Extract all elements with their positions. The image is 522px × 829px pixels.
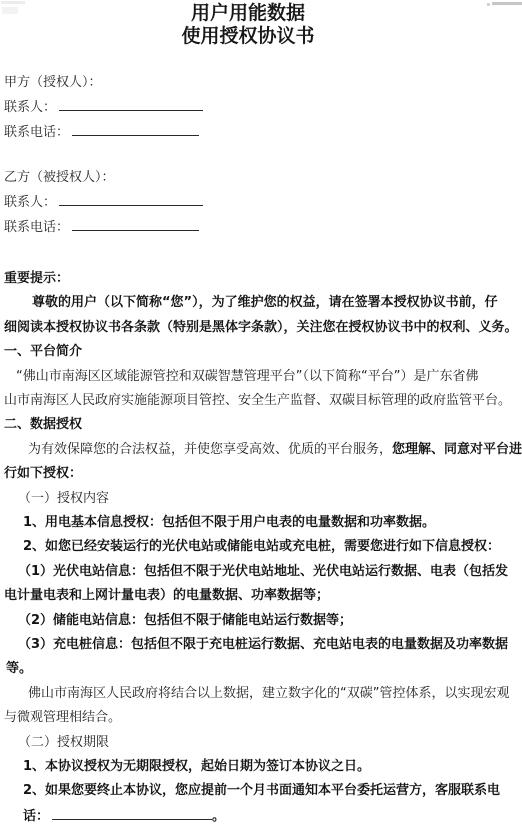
text-run: 一、平台简介 xyxy=(4,344,82,359)
agreement-document-page: 用户用能数据使用授权协议书 甲方（授权人）： 联系人： 联系电话： 乙方（被授权… xyxy=(0,0,522,829)
text-run: 2、如果您要终止本协议，您应提前一个月书面通知本平台委托运营方，客服联系电 xyxy=(23,783,500,798)
text-run: 1、本协议授权为无期限授权，起始日期为签订本协议之日。 xyxy=(23,759,370,774)
subsection-1-heading: （一）授权内容 xyxy=(18,490,109,507)
text-run: 山市南海区人民政府实施能源项目管控、安全生产监督、双碳目标管理的政府监管平台。 xyxy=(4,393,511,408)
government-use-line-1: 佛山市南海区人民政府将结合以上数据，建立数字化的“双碳”管控体系，以实现宏观 xyxy=(28,685,509,702)
party-b-contact-fill-line xyxy=(59,193,203,206)
party-a-contact-label: 联系人： xyxy=(4,100,56,115)
text-run: （一）授权内容 xyxy=(18,491,109,506)
auth-item-1: 1、用电基本信息授权：包括但不限于用户电表的电量数据和功率数据。 xyxy=(23,514,435,531)
auth-item-2-1-line-1: （1）光伏电站信息：包括但不限于光伏电站地址、光伏电站运行数据、电表（包括发 xyxy=(18,563,508,580)
text-run: 为有效保障您的合法权益，并使您享受高效、优质的平台服务， xyxy=(28,442,392,457)
important-note-heading: 重要提示： xyxy=(4,270,69,287)
section-2-heading: 二、数据授权 xyxy=(4,416,82,433)
platform-intro-line-2: 山市南海区人民政府实施能源项目管控、安全生产监督、双碳目标管理的政府监管平台。 xyxy=(4,392,511,409)
authorization-intro-line-2: 行如下授权： xyxy=(4,465,82,482)
party-b-heading: 乙方（被授权人）： xyxy=(4,165,203,190)
text-run: 重要提示： xyxy=(4,271,69,286)
text-run: “佛山市南海区区域能源管控和双碳智慧管理平台”（以下简称“平台”）是广东省佛 xyxy=(16,369,478,384)
text-run: 话： xyxy=(23,809,49,824)
authorization-intro-line-1: 为有效保障您的合法权益，并使您享受高效、优质的平台服务，您理解、同意对平台进 xyxy=(28,441,522,458)
auth-item-2-3-line-1: （3）充电桩信息：包括但不限于充电桩运行数据、充电站电表的电量数据及功率数据 xyxy=(18,636,508,653)
scan-artifact-top-right xyxy=(492,2,522,5)
government-use-line-2: 与微观管理相结合。 xyxy=(4,709,121,726)
party-b-contact-label: 联系人： xyxy=(4,195,56,210)
text-run: 细阅读本授权协议书各条款（特别是黑体字条款），关注您在授权协议书中的权利、义务。 xyxy=(4,320,518,335)
section-1-heading: 一、平台简介 xyxy=(4,343,82,360)
document-title: 用户用能数据使用授权协议书 xyxy=(0,2,496,48)
text-run: （3）充电桩信息：包括但不限于充电桩运行数据、充电站电表的电量数据及功率数据 xyxy=(18,637,508,652)
term-item-1: 1、本协议授权为无期限授权，起始日期为签订本协议之日。 xyxy=(23,758,370,775)
party-a-phone-fill-line xyxy=(72,123,199,136)
text-run: 二、数据授权 xyxy=(4,417,82,432)
party-b-phone-row: 联系电话： xyxy=(4,215,203,240)
text-run: 。 xyxy=(212,809,225,824)
text-run: 2、如您已经安装运行的光伏电站或储能电站或充电桩，需要您进行如下信息授权： xyxy=(23,539,500,554)
text-run: （2）储能电站信息：包括但不限于储能电站运行数据等； xyxy=(18,613,352,628)
text-run: 电计量电表和上网计量电表）的电量数据、功率数据等； xyxy=(4,588,329,603)
text-run: （1）光伏电站信息：包括但不限于光伏电站地址、光伏电站运行数据、电表（包括发 xyxy=(18,564,508,579)
text-run: 行如下授权： xyxy=(4,466,82,481)
party-b-block: 乙方（被授权人）： 联系人： 联系电话： xyxy=(4,165,203,240)
text-run: 佛山市南海区人民政府将结合以上数据，建立数字化的“双碳”管控体系，以实现宏观 xyxy=(28,686,509,701)
term-item-2-line-1: 2、如果您要终止本协议，您应提前一个月书面通知本平台委托运营方，客服联系电 xyxy=(23,782,500,799)
important-note-line-1: 尊敬的用户（以下简称“您”），为了维护您的权益，请在签署本授权协议书前，仔 xyxy=(32,294,498,311)
party-b-phone-label: 联系电话： xyxy=(4,220,69,235)
auth-item-2-2: （2）储能电站信息：包括但不限于储能电站运行数据等； xyxy=(18,612,352,629)
party-a-phone-row: 联系电话： xyxy=(4,120,203,145)
text-run: 您理解、同意对平台进 xyxy=(392,442,522,457)
auth-item-2: 2、如您已经安装运行的光伏电站或储能电站或充电桩，需要您进行如下信息授权： xyxy=(23,538,500,555)
party-b-contact-row: 联系人： xyxy=(4,190,203,215)
party-a-block: 甲方（授权人）： 联系人： 联系电话： xyxy=(4,70,203,145)
title-line-1: 用户用能数据 xyxy=(191,2,305,24)
important-note-line-2: 细阅读本授权协议书各条款（特别是黑体字条款），关注您在授权协议书中的权利、义务。 xyxy=(4,319,518,336)
party-a-contact-row: 联系人： xyxy=(4,95,203,120)
auth-item-2-1-line-2: 电计量电表和上网计量电表）的电量数据、功率数据等； xyxy=(4,587,329,604)
party-a-contact-fill-line xyxy=(59,98,203,111)
text-run: 等。 xyxy=(6,661,32,676)
subsection-2-heading: （二）授权期限 xyxy=(18,734,109,751)
party-b-phone-fill-line xyxy=(72,218,199,231)
text-run: 与微观管理相结合。 xyxy=(4,710,121,725)
title-line-2: 使用授权协议书 xyxy=(181,25,314,47)
customer-service-phone-line: 话：。 xyxy=(23,807,225,825)
blank-fill-line xyxy=(52,807,212,820)
text-run: 尊敬的用户（以下简称“您”），为了维护您的权益，请在签署本授权协议书前，仔 xyxy=(32,295,498,310)
text-run: 1、用电基本信息授权：包括但不限于用户电表的电量数据和功率数据。 xyxy=(23,515,435,530)
platform-intro-line-1: “佛山市南海区区域能源管控和双碳智慧管理平台”（以下简称“平台”）是广东省佛 xyxy=(16,368,478,385)
auth-item-2-3-line-2: 等。 xyxy=(6,660,32,677)
party-a-heading: 甲方（授权人）： xyxy=(4,70,203,95)
party-a-phone-label: 联系电话： xyxy=(4,125,69,140)
text-run: （二）授权期限 xyxy=(18,735,109,750)
